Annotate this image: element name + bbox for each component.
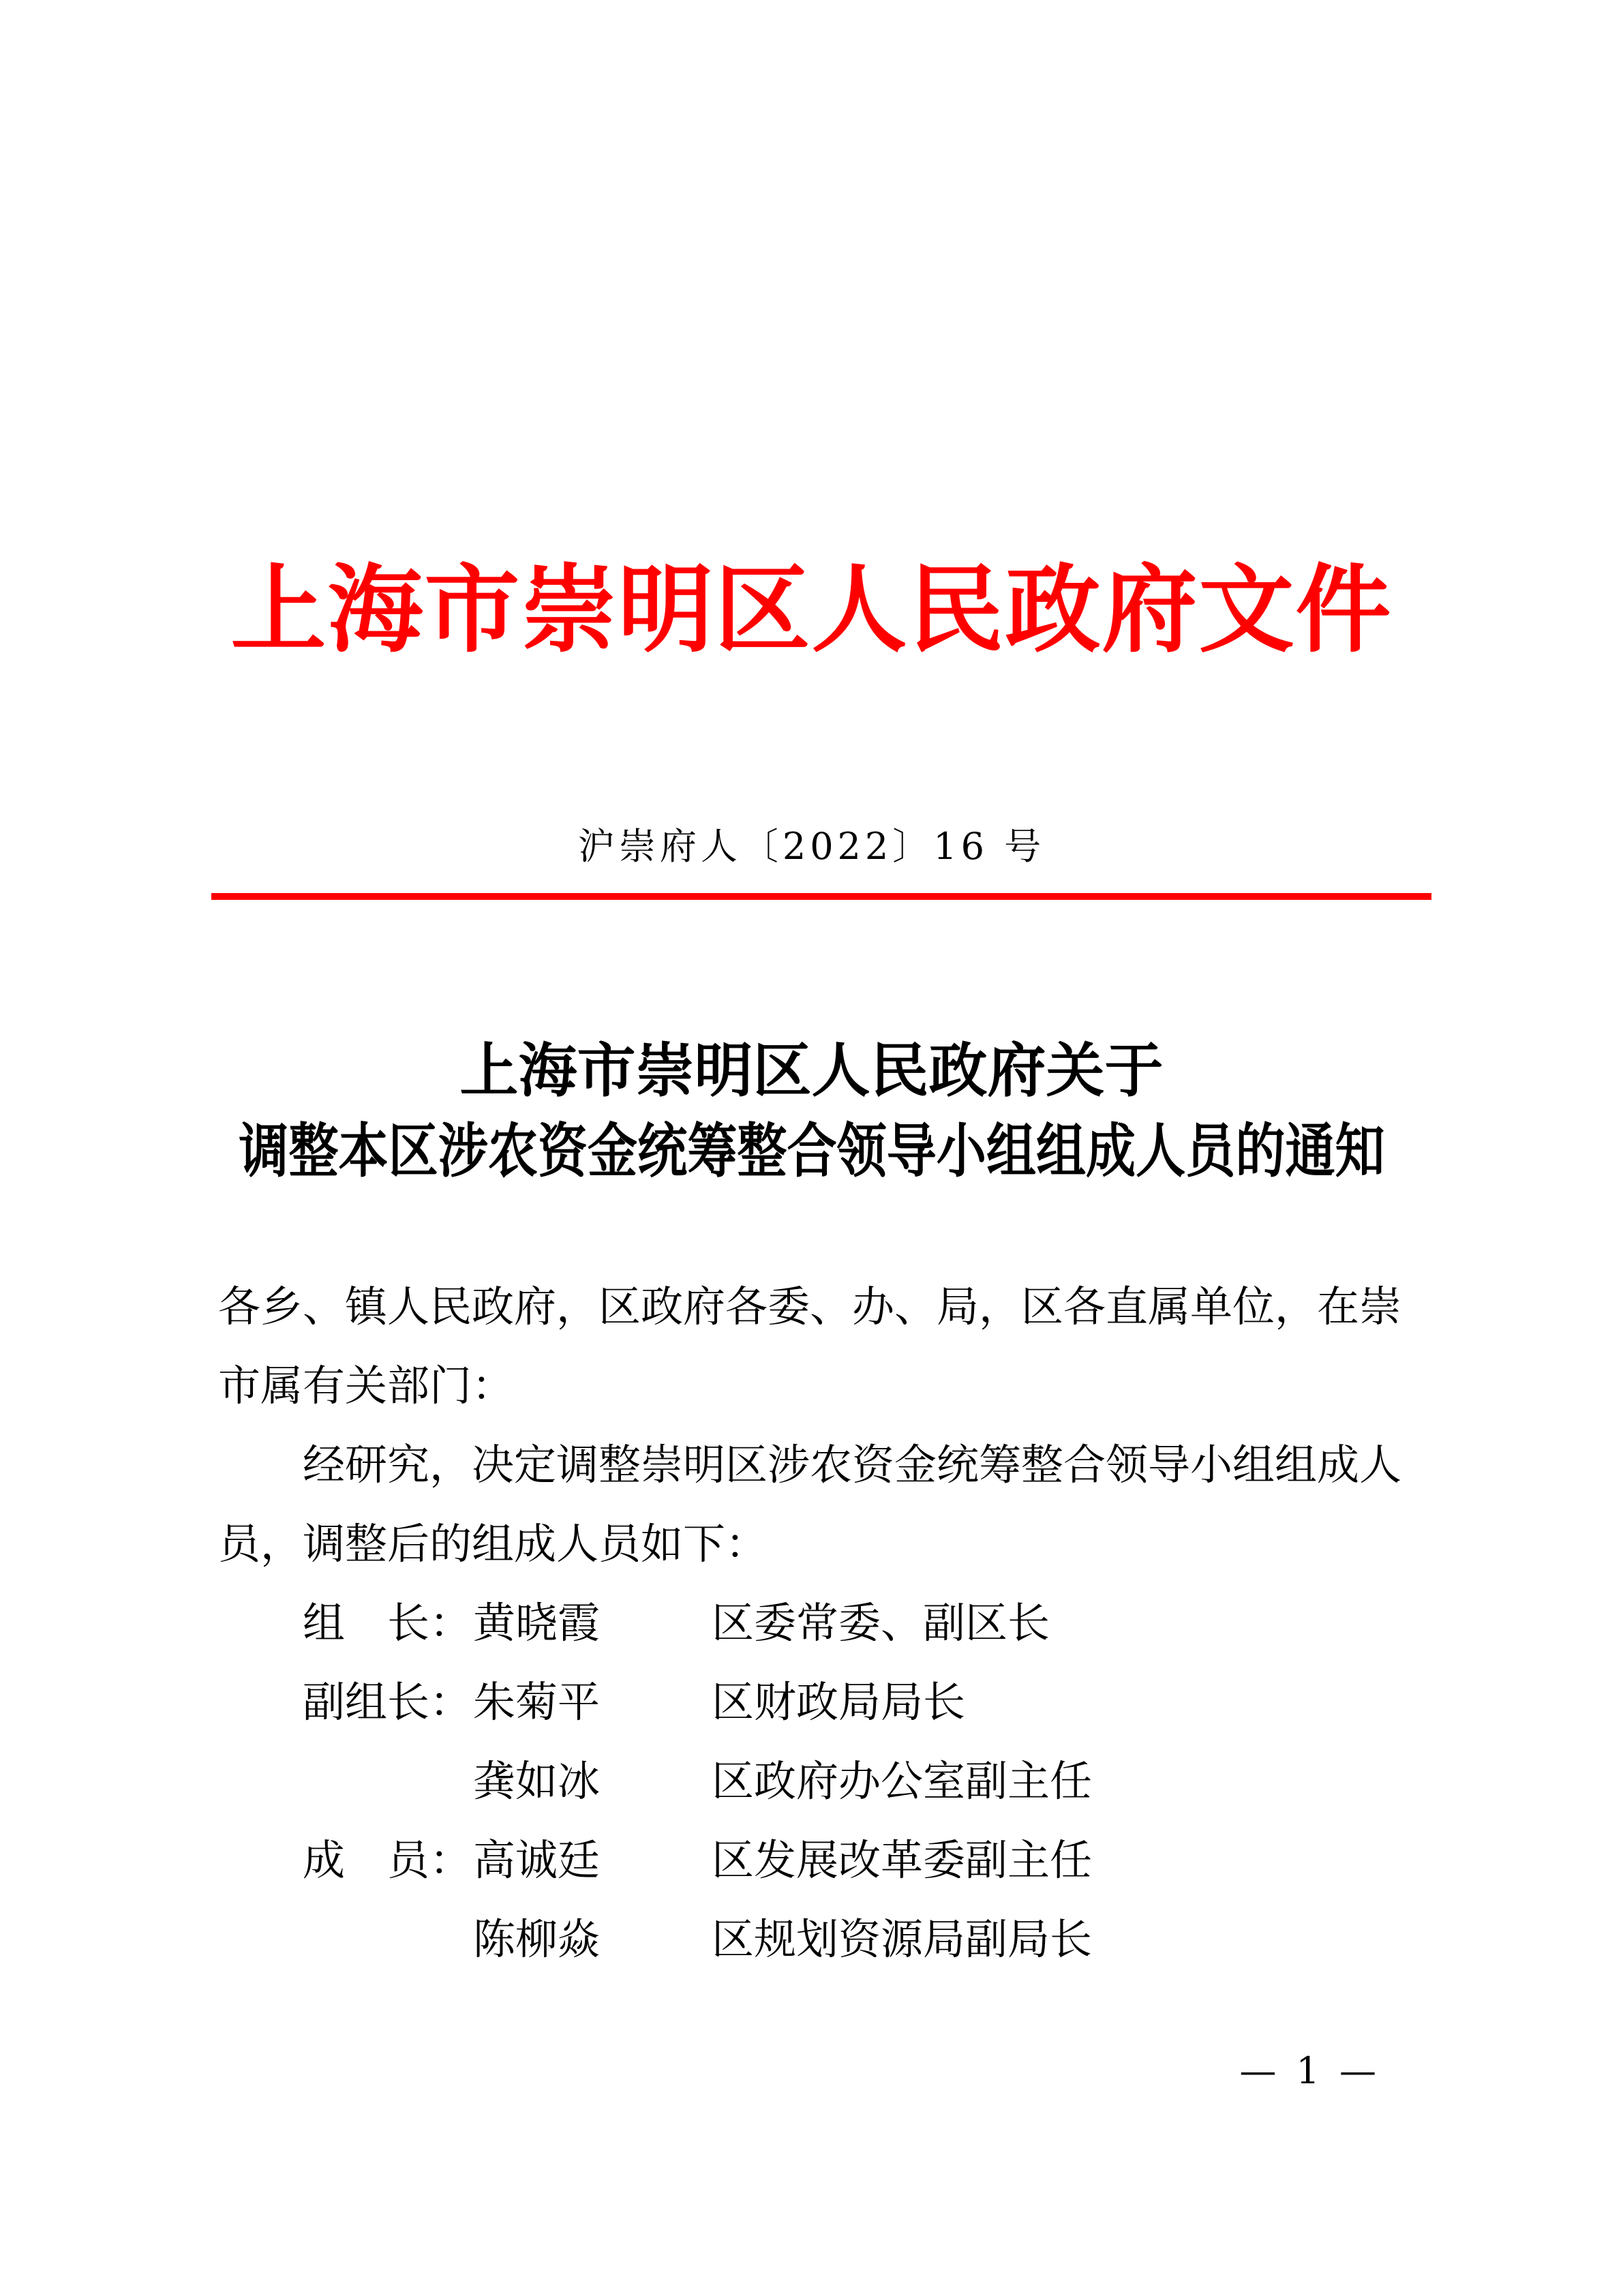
member-row-member-2: 陈柳焱 区规划资源局副局长 [218, 1900, 1405, 1979]
member-title: 区发展改革委副主任 [712, 1821, 1092, 1900]
salutation-line-1: 各乡、镇人民政府，区政府各委、办、局，区各直属单位，在崇 [218, 1267, 1405, 1346]
document-page: 上海市崇明区人民政府文件 沪崇府人〔2022〕16 号 上海市崇明区人民政府关于… [0, 0, 1623, 2296]
member-name: 龚如冰 [473, 1742, 603, 1821]
intro-line-1: 经研究，决定调整崇明区涉农资金统筹整合领导小组组成人 [218, 1425, 1405, 1505]
member-name: 朱菊平 [473, 1663, 603, 1742]
member-title: 区财政局局长 [712, 1663, 965, 1742]
member-role: 成 员： [303, 1821, 473, 1900]
member-title: 区政府办公室副主任 [712, 1742, 1092, 1821]
member-row-member: 成 员： 高诚廷 区发展改革委副主任 [218, 1821, 1405, 1900]
document-title-line2: 调整本区涉农资金统筹整合领导小组组成人员的通知 [0, 1111, 1623, 1192]
member-name: 高诚廷 [473, 1821, 603, 1900]
red-separator-line [211, 893, 1431, 900]
member-role: 组 长： [303, 1584, 473, 1663]
member-name: 陈柳焱 [473, 1900, 603, 1979]
member-row-leader: 组 长： 黄晓霞 区委常委、副区长 [218, 1584, 1405, 1663]
document-title-line2-text: 调整本区涉农资金统筹整合领导小组组成人员的通知 [239, 1111, 1384, 1192]
document-number: 沪崇府人〔2022〕16 号 [0, 825, 1623, 869]
document-title-line1: 上海市崇明区人民政府关于 [0, 1031, 1623, 1111]
document-header-title: 上海市崇明区人民政府文件 [0, 558, 1623, 663]
intro-line-2: 员，调整后的组成人员如下： [218, 1505, 1405, 1584]
document-title: 上海市崇明区人民政府关于 调整本区涉农资金统筹整合领导小组组成人员的通知 [0, 1031, 1623, 1192]
member-title: 区委常委、副区长 [712, 1584, 1050, 1663]
document-body: 各乡、镇人民政府，区政府各委、办、局，区各直属单位，在崇 市属有关部门： 经研究… [218, 1267, 1405, 1979]
member-row-deputy-leader: 副组长： 朱菊平 区财政局局长 [218, 1663, 1405, 1742]
member-name: 黄晓霞 [473, 1584, 603, 1663]
salutation-line-2: 市属有关部门： [218, 1346, 1405, 1425]
page-number: — 1 — [1239, 2049, 1380, 2094]
member-role: 副组长： [303, 1663, 473, 1742]
member-row-deputy-leader-2: 龚如冰 区政府办公室副主任 [218, 1742, 1405, 1821]
member-title: 区规划资源局副局长 [712, 1900, 1092, 1979]
